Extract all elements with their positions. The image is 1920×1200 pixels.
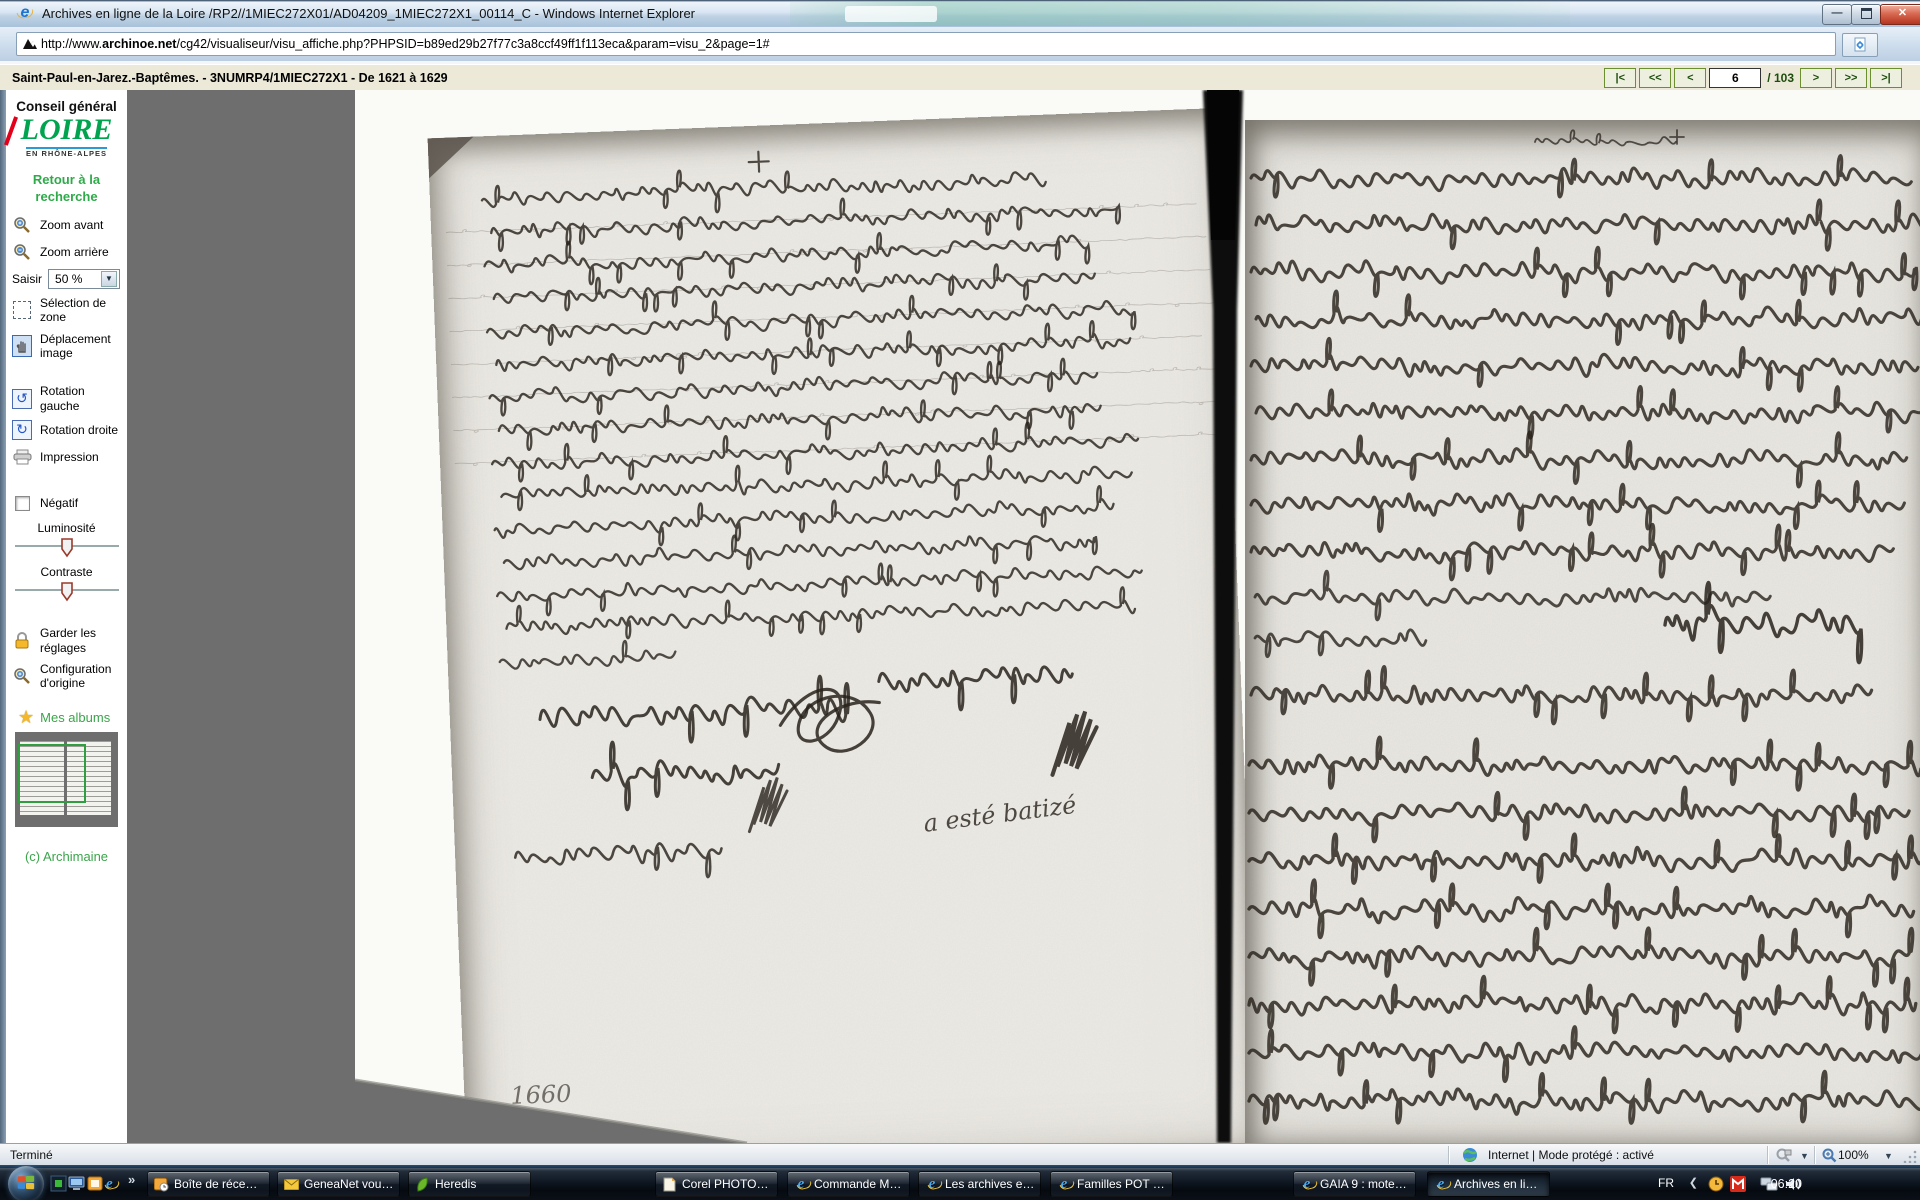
window-titlebar[interactable]: e Archives en ligne de la Loire /RP2//1M…: [0, 0, 1920, 28]
zoom-level-label[interactable]: 100%: [1838, 1148, 1869, 1162]
fast-prev-button[interactable]: <<: [1639, 68, 1671, 88]
window-title: Archives en ligne de la Loire /RP2//1MIE…: [42, 6, 695, 21]
original-config-tool[interactable]: Configuration d'origine: [12, 662, 127, 691]
ie-icon: e: [1299, 1176, 1315, 1192]
status-text: Terminé: [10, 1148, 53, 1162]
page-number-input[interactable]: [1709, 68, 1761, 88]
ie-icon: e: [1433, 1176, 1449, 1192]
quick-launch-overflow-chevron[interactable]: »: [128, 1172, 135, 1187]
rotate-right-icon: ↻: [12, 420, 32, 440]
hand-icon: [12, 336, 32, 356]
zoom-in-icon: [12, 215, 32, 235]
taskbar-button-inbox[interactable]: Boîte de réception - ...: [147, 1171, 270, 1197]
site-favicon: [19, 35, 41, 53]
taskbar-button-geneanet[interactable]: GeneaNet vous alert...: [277, 1171, 400, 1197]
screen: e Archives en ligne de la Loire /RP2//1M…: [0, 0, 1920, 1200]
zoom-percent-select[interactable]: 50 % ▼: [48, 269, 120, 289]
show-desktop-icon[interactable]: [68, 1175, 85, 1192]
navigation-thumbnail[interactable]: [15, 732, 118, 827]
leaf-icon: [414, 1176, 430, 1192]
status-bar: Terminé Internet | Mode protégé : activé…: [0, 1143, 1920, 1166]
resize-grip[interactable]: [1903, 1150, 1917, 1163]
printer-icon: [12, 447, 32, 467]
zoom-level-dropdown[interactable]: ▼: [1884, 1151, 1893, 1161]
tray-expand-chevron[interactable]: ❮: [1689, 1176, 1698, 1189]
document-header: Saint-Paul-en-Jarez.-Baptêmes. - 3NUMRP4…: [0, 64, 1920, 92]
maximize-button[interactable]: [1851, 4, 1881, 25]
next-page-button[interactable]: >: [1800, 68, 1832, 88]
fast-next-button[interactable]: >>: [1835, 68, 1867, 88]
content-area: Conseil général LOIRE EN RHÔNE-ALPES Ret…: [0, 90, 1920, 1143]
protected-mode-icon[interactable]: [1776, 1148, 1792, 1162]
archimaine-credit: (c) Archimaine: [6, 849, 127, 864]
sidebar: Conseil général LOIRE EN RHÔNE-ALPES Ret…: [6, 90, 128, 1143]
taskbar: e » Boîte de réception - ... GeneaNet vo…: [0, 1168, 1920, 1200]
minimize-button[interactable]: —: [1822, 4, 1852, 25]
ie-icon: e: [793, 1176, 809, 1192]
taskbar-button-familles-pot[interactable]: e Familles POT (Bour...: [1050, 1171, 1173, 1197]
lock-icon: [12, 631, 32, 651]
rotate-left-icon: ↺: [12, 389, 32, 409]
contrast-slider[interactable]: [15, 581, 119, 601]
prev-page-button[interactable]: <: [1674, 68, 1706, 88]
taskbar-button-commande[interactable]: e Commande Miss N...: [787, 1171, 910, 1197]
negative-toggle[interactable]: Négatif: [12, 493, 127, 513]
logo-red-slash: [4, 116, 18, 146]
taskbar-button-corel[interactable]: Corel PHOTO-PAIN...: [655, 1171, 778, 1197]
contrast-label: Contraste: [6, 565, 127, 579]
outlook-icon: [153, 1176, 169, 1192]
ie-quick-icon[interactable]: e: [106, 1175, 123, 1192]
scan-edge-wedge: [127, 90, 1920, 1143]
windows-flag-icon: [18, 1176, 36, 1192]
keep-settings-tool[interactable]: Garder les réglages: [12, 626, 127, 655]
url-input[interactable]: http://www.archinoe.net/cg42/visualiseur…: [16, 32, 1836, 56]
brightness-label: Luminosité: [6, 521, 127, 535]
loire-logo: Conseil général LOIRE EN RHÔNE-ALPES: [6, 100, 127, 158]
protected-mode-dropdown[interactable]: ▼: [1800, 1151, 1809, 1161]
select-zone-tool[interactable]: Sélection de zone: [12, 296, 127, 325]
viewport-rectangle[interactable]: [18, 744, 86, 803]
rotate-left-tool[interactable]: ↺ Rotation gauche: [12, 384, 127, 413]
ie-icon: e: [924, 1176, 940, 1192]
reminder-tray-icon[interactable]: [1708, 1176, 1724, 1195]
taskbar-button-archives-lign[interactable]: e Les archives en lign...: [918, 1171, 1041, 1197]
close-button[interactable]: ✕: [1880, 4, 1920, 25]
first-page-button[interactable]: |<: [1604, 68, 1636, 88]
back-to-search-link[interactable]: Retour à la recherche: [10, 172, 123, 205]
refresh-button[interactable]: [1842, 33, 1878, 57]
rotate-right-tool[interactable]: ↻ Rotation droite: [12, 420, 127, 440]
start-button[interactable]: [8, 1166, 44, 1200]
brightness-slider[interactable]: [15, 537, 119, 557]
page-total-label: / 103: [1767, 71, 1794, 85]
address-bar-row: http://www.archinoe.net/cg42/visualiseur…: [0, 27, 1920, 61]
my-albums-link[interactable]: ★ Mes albums: [18, 707, 127, 728]
image-viewer[interactable]: a esté batizé 1660 1621: [127, 90, 1920, 1143]
chevron-down-icon: ▼: [101, 271, 117, 287]
url-text: http://www.archinoe.net/cg42/visualiseur…: [41, 37, 770, 51]
taskbar-button-archives-ligne-active[interactable]: e Archives en ligne de...: [1427, 1171, 1550, 1197]
mcafee-tray-icon[interactable]: [1730, 1176, 1746, 1195]
document-title: Saint-Paul-en-Jarez.-Baptêmes. - 3NUMRP4…: [12, 71, 448, 85]
pagination: |< << < / 103 > >> >|: [1604, 68, 1902, 88]
zoom-in-tool[interactable]: Zoom avant: [12, 215, 127, 235]
page-zoom-icon: [1822, 1148, 1837, 1163]
ie-icon: e: [16, 4, 34, 22]
internet-zone-icon: [1462, 1147, 1478, 1163]
zoom-out-tool[interactable]: Zoom arrière: [12, 242, 127, 262]
move-image-tool[interactable]: Déplacement image: [12, 332, 127, 361]
mail-icon: [283, 1176, 299, 1192]
zoom-out-icon: [12, 242, 32, 262]
quick-launch-app-icon[interactable]: [50, 1175, 67, 1192]
select-zone-icon: [12, 300, 32, 320]
clock[interactable]: 06:20: [1771, 1177, 1802, 1191]
star-icon: ★: [18, 707, 34, 728]
document-icon: [661, 1176, 677, 1192]
background-window-glimpse: [845, 6, 937, 22]
outlook-quick-icon[interactable]: [87, 1175, 104, 1192]
last-page-button[interactable]: >|: [1870, 68, 1902, 88]
zoom-input-label: Saisir: [12, 272, 42, 286]
ie-icon: e: [1056, 1176, 1072, 1192]
language-indicator[interactable]: FR: [1658, 1176, 1674, 1190]
magnifier-icon: [12, 666, 32, 686]
security-zone-label: Internet | Mode protégé : activé: [1488, 1148, 1654, 1162]
taskbar-button-heredis[interactable]: Heredis: [408, 1171, 531, 1197]
print-tool[interactable]: Impression: [12, 447, 127, 467]
taskbar-button-gaia[interactable]: e GAIA 9 : moteur de r...: [1293, 1171, 1416, 1197]
negative-checkbox[interactable]: [15, 496, 30, 511]
